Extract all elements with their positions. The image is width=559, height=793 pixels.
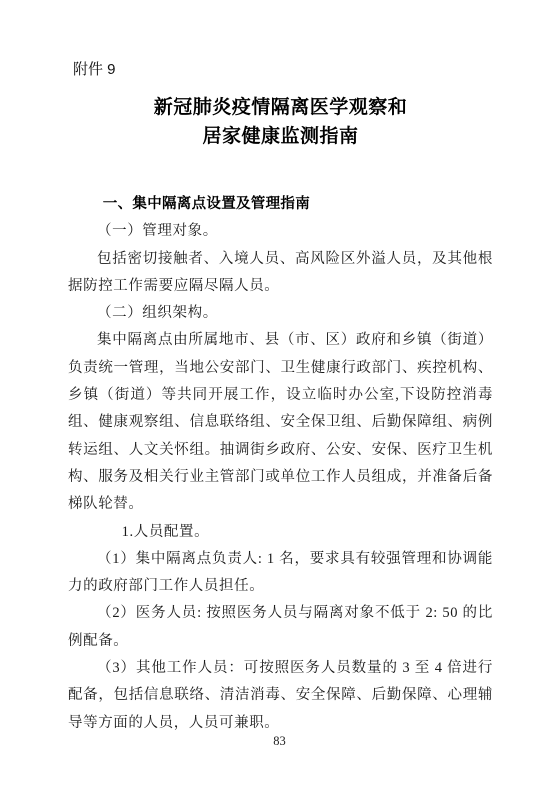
- page-number: 83: [0, 734, 559, 749]
- document-title: 新冠肺炎疫情隔离医学观察和 居家健康监测指南: [68, 93, 493, 151]
- paragraph: （二）组织架构。: [68, 300, 493, 327]
- paragraph: （2）医务人员: 按照医务人员与隔离对象不低于 2: 50 的比例配备。: [68, 600, 493, 655]
- paragraph: 集中隔离点由所属地市、县（市、区）政府和乡镇（街道）负责统一管理，当地公安部门、…: [68, 327, 493, 518]
- section-heading: 一、集中隔离点设置及管理指南: [68, 191, 493, 218]
- page-content: 附件 9 新冠肺炎疫情隔离医学观察和 居家健康监测指南 一、集中隔离点设置及管理…: [68, 60, 493, 737]
- document-page: 附件 9 新冠肺炎疫情隔离医学观察和 居家健康监测指南 一、集中隔离点设置及管理…: [0, 0, 559, 793]
- attachment-label: 附件 9: [73, 60, 493, 80]
- document-body: 一、集中隔离点设置及管理指南 （一）管理对象。 包括密切接触者、入境人员、高风险…: [68, 191, 493, 737]
- paragraph: 1.人员配置。: [68, 519, 493, 546]
- title-line-1: 新冠肺炎疫情隔离医学观察和: [68, 93, 493, 122]
- title-line-2: 居家健康监测指南: [68, 122, 493, 151]
- paragraph: （1）集中隔离点负责人: 1 名，要求具有较强管理和协调能力的政府部门工作人员担…: [68, 546, 493, 601]
- paragraph: 包括密切接触者、入境人员、高风险区外溢人员，及其他根据防控工作需要应隔尽隔人员。: [68, 246, 493, 301]
- paragraph: （一）管理对象。: [68, 218, 493, 245]
- paragraph: （3）其他工作人员：可按照医务人员数量的 3 至 4 倍进行配备，包括信息联络、…: [68, 655, 493, 737]
